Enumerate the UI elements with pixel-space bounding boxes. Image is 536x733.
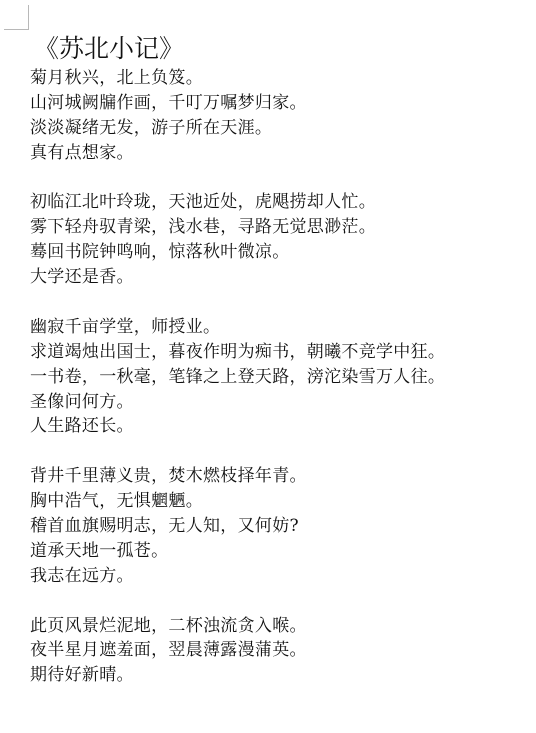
poem-line: 背井千里薄义贵，焚木燃枝择年青。 xyxy=(30,464,536,489)
poem-line: 我志在远方。 xyxy=(30,564,536,589)
stanza-1: 菊月秋兴，北上负笈。 山河城阙牖作画，千叮万嘱梦归家。 淡淡凝绪无发，游子所在天… xyxy=(30,66,536,166)
stanza-3: 幽寂千亩学堂，师授业。 求道竭烛出国士，暮夜作明为痴书，朝曦不竞学中狂。 一书卷… xyxy=(30,315,536,439)
poem-line: 大学还是香。 xyxy=(30,265,536,290)
poem-line: 一书卷，一秋毫，笔锋之上登天路，滂沱染雪万人往。 xyxy=(30,365,536,390)
poem-line: 道承天地一孤苍。 xyxy=(30,539,536,564)
poem-line: 夜半星月遮羞面，翌晨薄露漫蒲英。 xyxy=(30,638,536,663)
poem-line: 淡淡凝绪无发，游子所在天涯。 xyxy=(30,116,536,141)
empty-paragraph xyxy=(30,589,536,614)
stanza-2: 初临江北叶玲珑，天池近处，虎飓捞却人忙。 雾下轻舟驭青梁，浅水巷，寻路无觉思渺茫… xyxy=(30,190,536,290)
poem-line: 雾下轻舟驭青梁，浅水巷，寻路无觉思渺茫。 xyxy=(30,215,536,240)
poem-title: 《苏北小记》 xyxy=(34,32,536,66)
poem-line: 圣像问何方。 xyxy=(30,390,536,415)
page-corner-margin-mark xyxy=(4,5,29,30)
empty-paragraph xyxy=(30,166,536,191)
document-page[interactable]: 《苏北小记》 菊月秋兴，北上负笈。 山河城阙牖作画，千叮万嘱梦归家。 淡淡凝绪无… xyxy=(30,32,536,688)
poem-line: 蓦回书院钟鸣响，惊落秋叶微凉。 xyxy=(30,240,536,265)
empty-paragraph xyxy=(30,439,536,464)
poem-line: 期待好新晴。 xyxy=(30,663,536,688)
poem-line: 人生路还长。 xyxy=(30,414,536,439)
poem-line: 此页风景烂泥地，二杯浊流贪入喉。 xyxy=(30,614,536,639)
poem-line: 稽首血旗赐明志，无人知，又何妨? xyxy=(30,514,536,539)
poem-line: 真有点想家。 xyxy=(30,141,536,166)
poem-line: 初临江北叶玲珑，天池近处，虎飓捞却人忙。 xyxy=(30,190,536,215)
poem-line: 求道竭烛出国士，暮夜作明为痴书，朝曦不竞学中狂。 xyxy=(30,340,536,365)
stanza-4: 背井千里薄义贵，焚木燃枝择年青。 胸中浩气，无惧魍魉。 稽首血旗赐明志，无人知，… xyxy=(30,464,536,588)
poem-line: 山河城阙牖作画，千叮万嘱梦归家。 xyxy=(30,91,536,116)
poem-line: 幽寂千亩学堂，师授业。 xyxy=(30,315,536,340)
empty-paragraph xyxy=(30,290,536,315)
poem-line: 菊月秋兴，北上负笈。 xyxy=(30,66,536,91)
poem-line: 胸中浩气，无惧魍魉。 xyxy=(30,489,536,514)
stanza-5: 此页风景烂泥地，二杯浊流贪入喉。 夜半星月遮羞面，翌晨薄露漫蒲英。 期待好新晴。 xyxy=(30,614,536,689)
